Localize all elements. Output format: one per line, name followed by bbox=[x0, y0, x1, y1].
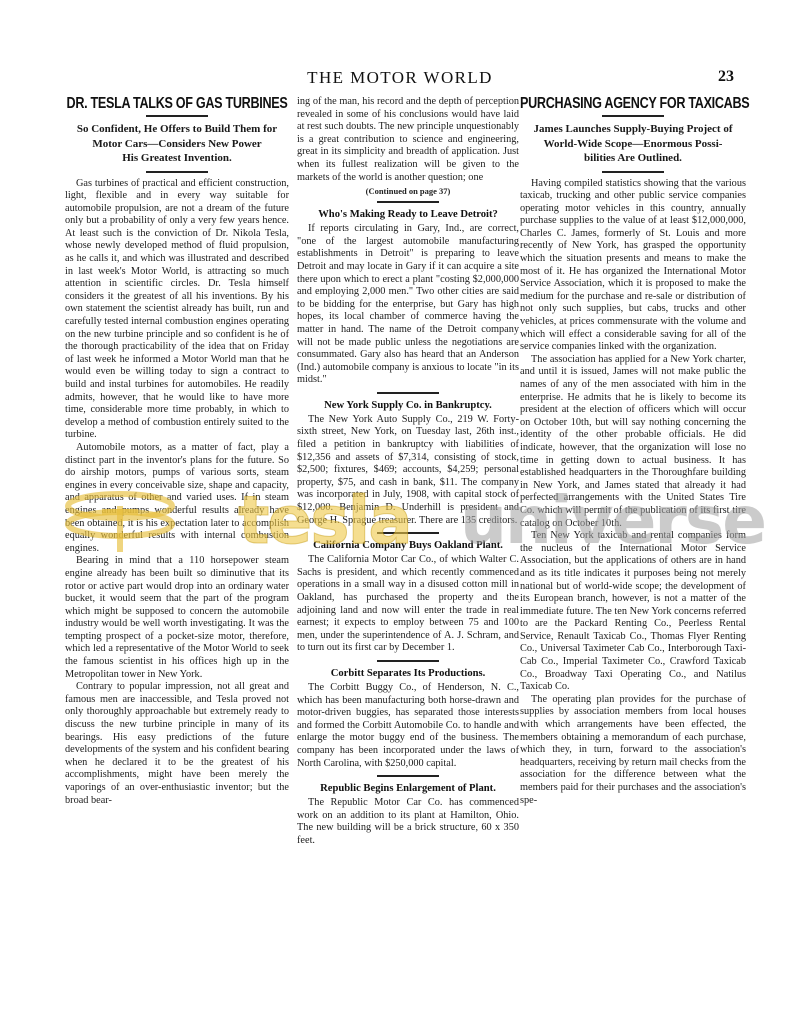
divider-rule bbox=[377, 201, 439, 203]
column-middle: ing of the man, his record and the depth… bbox=[297, 96, 519, 848]
deck-line: His Greatest Invention. bbox=[65, 151, 289, 166]
page-number: 23 bbox=[718, 68, 734, 86]
article-title: Who's Making Ready to Leave Detroit? bbox=[297, 209, 519, 220]
paragraph-continuation: ing of the man, his record and the depth… bbox=[297, 96, 519, 184]
paragraph: Contrary to popular impression, not all … bbox=[65, 681, 289, 807]
article-title: California Company Buys Oakland Plant. bbox=[297, 540, 519, 551]
paragraph: The California Motor Car Co., of which W… bbox=[297, 554, 519, 655]
deck-line: James Launches Supply-Buying Project of bbox=[520, 122, 746, 137]
article-deck: So Confident, He Offers to Build Them fo… bbox=[65, 122, 289, 166]
article-headline-tesla: DR. TESLA TALKS OF GAS TURBINES bbox=[65, 94, 289, 112]
paragraph: If reports circulating in Gary, Ind., ar… bbox=[297, 223, 519, 387]
deck-line: bilities Are Outlined. bbox=[520, 151, 746, 166]
column-left: DR. TESLA TALKS OF GAS TURBINES So Confi… bbox=[65, 96, 289, 807]
paragraph: Ten New York taxicab and rental companie… bbox=[520, 530, 746, 694]
divider-rule bbox=[377, 392, 439, 394]
deck-line: World-Wide Scope—Enormous Possi- bbox=[520, 137, 746, 152]
divider-rule bbox=[602, 115, 664, 117]
divider-rule bbox=[377, 775, 439, 777]
divider-rule bbox=[377, 532, 439, 534]
divider-rule bbox=[377, 660, 439, 662]
divider-rule bbox=[146, 171, 208, 173]
paragraph: Automobile motors, as a matter of fact, … bbox=[65, 442, 289, 555]
paragraph: Having compiled statistics showing that … bbox=[520, 178, 746, 354]
paragraph: The Corbitt Buggy Co., of Henderson, N. … bbox=[297, 682, 519, 770]
page-header: THE MOTOR WORLD 23 bbox=[0, 68, 800, 94]
article-title: Republic Begins Enlargement of Plant. bbox=[297, 783, 519, 794]
article-deck: James Launches Supply-Buying Project of … bbox=[520, 122, 746, 166]
paragraph: The association has applied for a New Yo… bbox=[520, 354, 746, 530]
divider-rule bbox=[602, 171, 664, 173]
masthead: THE MOTOR WORLD bbox=[0, 68, 800, 88]
paragraph: The operating plan provides for the purc… bbox=[520, 694, 746, 807]
deck-line: So Confident, He Offers to Build Them fo… bbox=[65, 122, 289, 137]
article-headline-taxicabs: PURCHASING AGENCY FOR TAXICABS bbox=[520, 94, 746, 112]
divider-rule bbox=[146, 115, 208, 117]
column-right: PURCHASING AGENCY FOR TAXICABS James Lau… bbox=[520, 96, 746, 807]
paragraph: The New York Auto Supply Co., 219 W. For… bbox=[297, 414, 519, 527]
paragraph: The Republic Motor Car Co. has commenced… bbox=[297, 797, 519, 847]
article-title: Corbitt Separates Its Productions. bbox=[297, 668, 519, 679]
paragraph: Gas turbines of practical and efficient … bbox=[65, 178, 289, 442]
article-title: New York Supply Co. in Bankruptcy. bbox=[297, 400, 519, 411]
deck-line: Motor Cars—Considers New Power bbox=[65, 137, 289, 152]
continued-note: (Continued on page 37) bbox=[297, 186, 519, 196]
paragraph: Bearing in mind that a 110 horsepower st… bbox=[65, 555, 289, 681]
